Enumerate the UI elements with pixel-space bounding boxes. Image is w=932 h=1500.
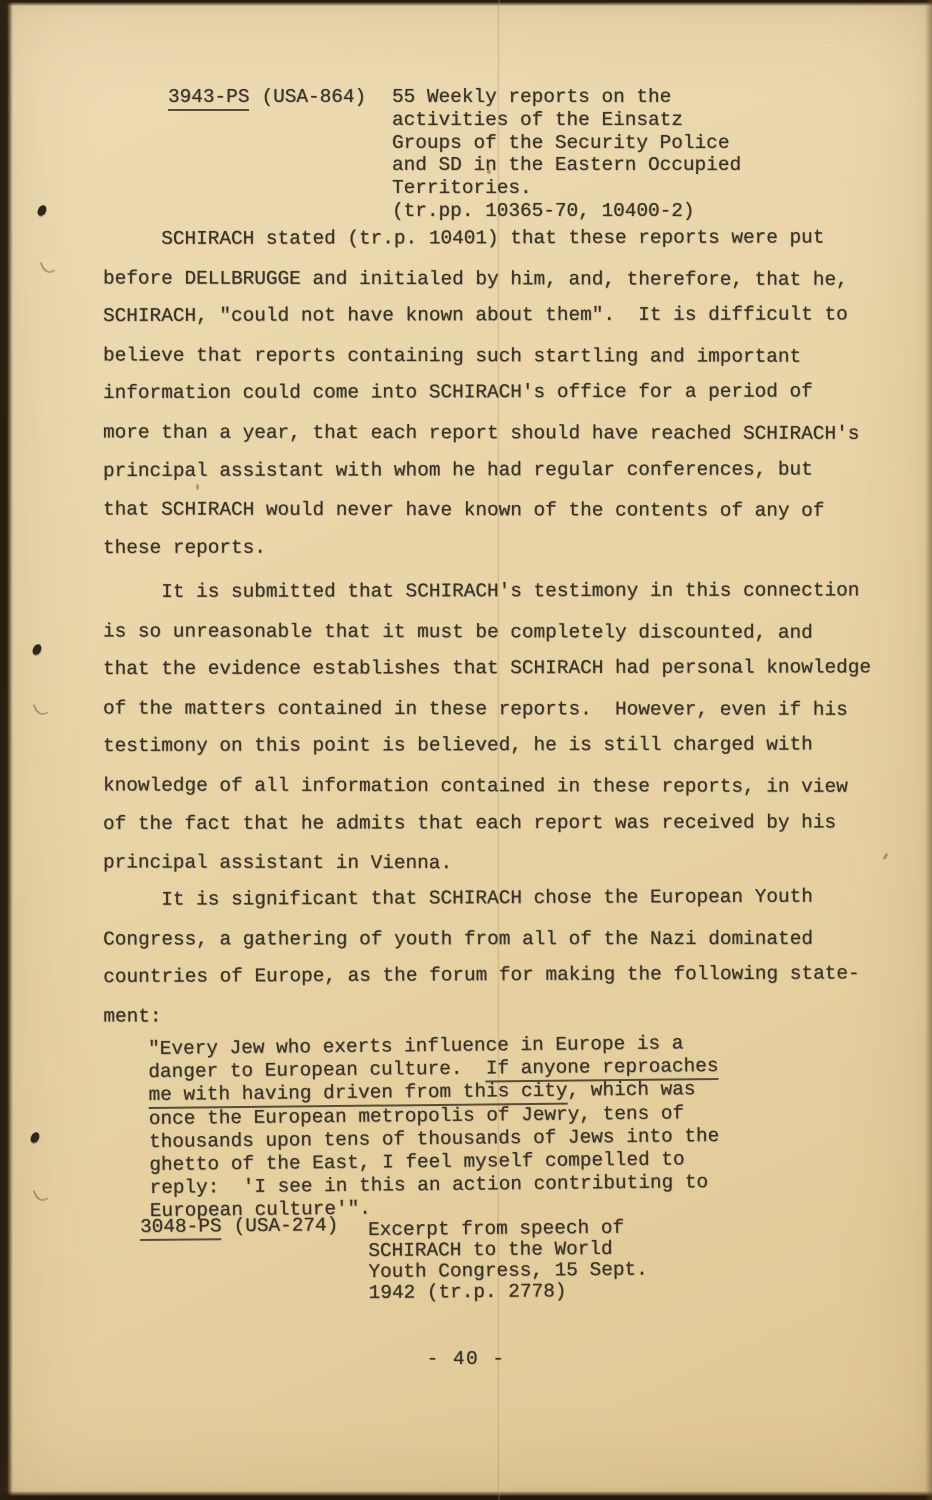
quote-text: , which was	[567, 1079, 695, 1102]
text-line: 55 Weekly reports on the	[392, 86, 741, 109]
paragraph-1: SCHIRACH stated (tr.p. 10401) that these…	[103, 220, 859, 567]
text-line: and SD in the Eastern Occupied	[392, 154, 741, 177]
text-line: Congress, a gathering of youth from all …	[103, 919, 859, 958]
text-line: countries of Europe, as the forum for ma…	[103, 955, 860, 997]
document-page: 3943-PS(USA-864) 55 Weekly reports on th…	[0, 0, 932, 1500]
pencil-mark	[40, 258, 56, 275]
pencil-mark	[33, 1186, 49, 1203]
text-line: knowledge of all information contained i…	[103, 766, 871, 806]
ink-mark	[31, 643, 42, 656]
page-number: - 40 -	[0, 1348, 932, 1370]
text-line: 1942 (tr.p. 2778)	[369, 1281, 648, 1304]
text-line: It is submitted that SCHIRACH's testimon…	[103, 571, 871, 611]
ink-mark	[36, 204, 47, 217]
exhibit-description-2: Excerpt from speech ofSCHIRACH to the Wo…	[368, 1218, 648, 1304]
text-line: Groups of the Security Police	[392, 132, 741, 155]
text-line: before DELLBRUGGE and initialed by him, …	[103, 259, 859, 299]
paragraph-3: It is significant that SCHIRACH chose th…	[103, 879, 860, 1035]
exhibit-number-2: 3048-PS(USA-274)	[140, 1214, 338, 1238]
text-line: Youth Congress, 15 Sept.	[368, 1260, 647, 1283]
exhibit-usa-number: (USA-864)	[261, 86, 366, 108]
text-line: of the fact that he admits that each rep…	[103, 803, 871, 843]
text-line: of the matters contained in these report…	[103, 689, 871, 729]
block-quote: "Every Jew who exerts influence in Europ…	[148, 1032, 720, 1224]
text-line: It is significant that SCHIRACH chose th…	[103, 877, 860, 919]
text-line: SCHIRACH stated (tr.p. 10401) that these…	[103, 218, 859, 258]
text-line: ment:	[103, 997, 859, 1036]
exhibit-id: 3943-PS	[168, 86, 249, 111]
scan-edge-bottom	[0, 1491, 932, 1500]
text-line: activities of the Einsatz	[392, 109, 741, 132]
pencil-mark	[33, 700, 49, 717]
text-line: SCHIRACH, "could not have known about th…	[103, 296, 859, 336]
paragraph-2: It is submitted that SCHIRACH's testimon…	[103, 573, 871, 882]
text-line: information could come into SCHIRACH's o…	[103, 373, 859, 413]
paper-speck	[882, 853, 888, 861]
scan-edge-top	[0, 0, 932, 6]
quote-closing-lines: once the European metropolis of Jewry, t…	[149, 1102, 720, 1224]
text-line: principal assistant with whom he had reg…	[103, 450, 859, 490]
text-line: believe that reports containing such sta…	[103, 336, 859, 376]
quote-text: danger to European culture.	[148, 1058, 486, 1084]
text-line: Territories.	[392, 177, 741, 200]
ink-mark	[29, 1131, 40, 1144]
text-line: more than a year, that each report shoul…	[103, 413, 859, 453]
exhibit-number-1: 3943-PS(USA-864)	[168, 86, 366, 108]
exhibit-usa-number: (USA-274)	[233, 1214, 338, 1237]
scan-edge-left	[0, 0, 13, 1500]
text-line: that the evidence establishes that SCHIR…	[103, 649, 871, 689]
scan-edge-right	[925, 0, 932, 1500]
text-line: testimony on this point is believed, he …	[103, 726, 871, 766]
exhibit-description-1: 55 Weekly reports on theactivities of th…	[392, 86, 741, 223]
text-line: that SCHIRACH would never have known of …	[103, 491, 859, 531]
exhibit-id: 3048-PS	[140, 1215, 222, 1241]
text-line: these reports.	[103, 527, 859, 567]
text-line: is so unreasonable that it must be compl…	[103, 612, 871, 652]
